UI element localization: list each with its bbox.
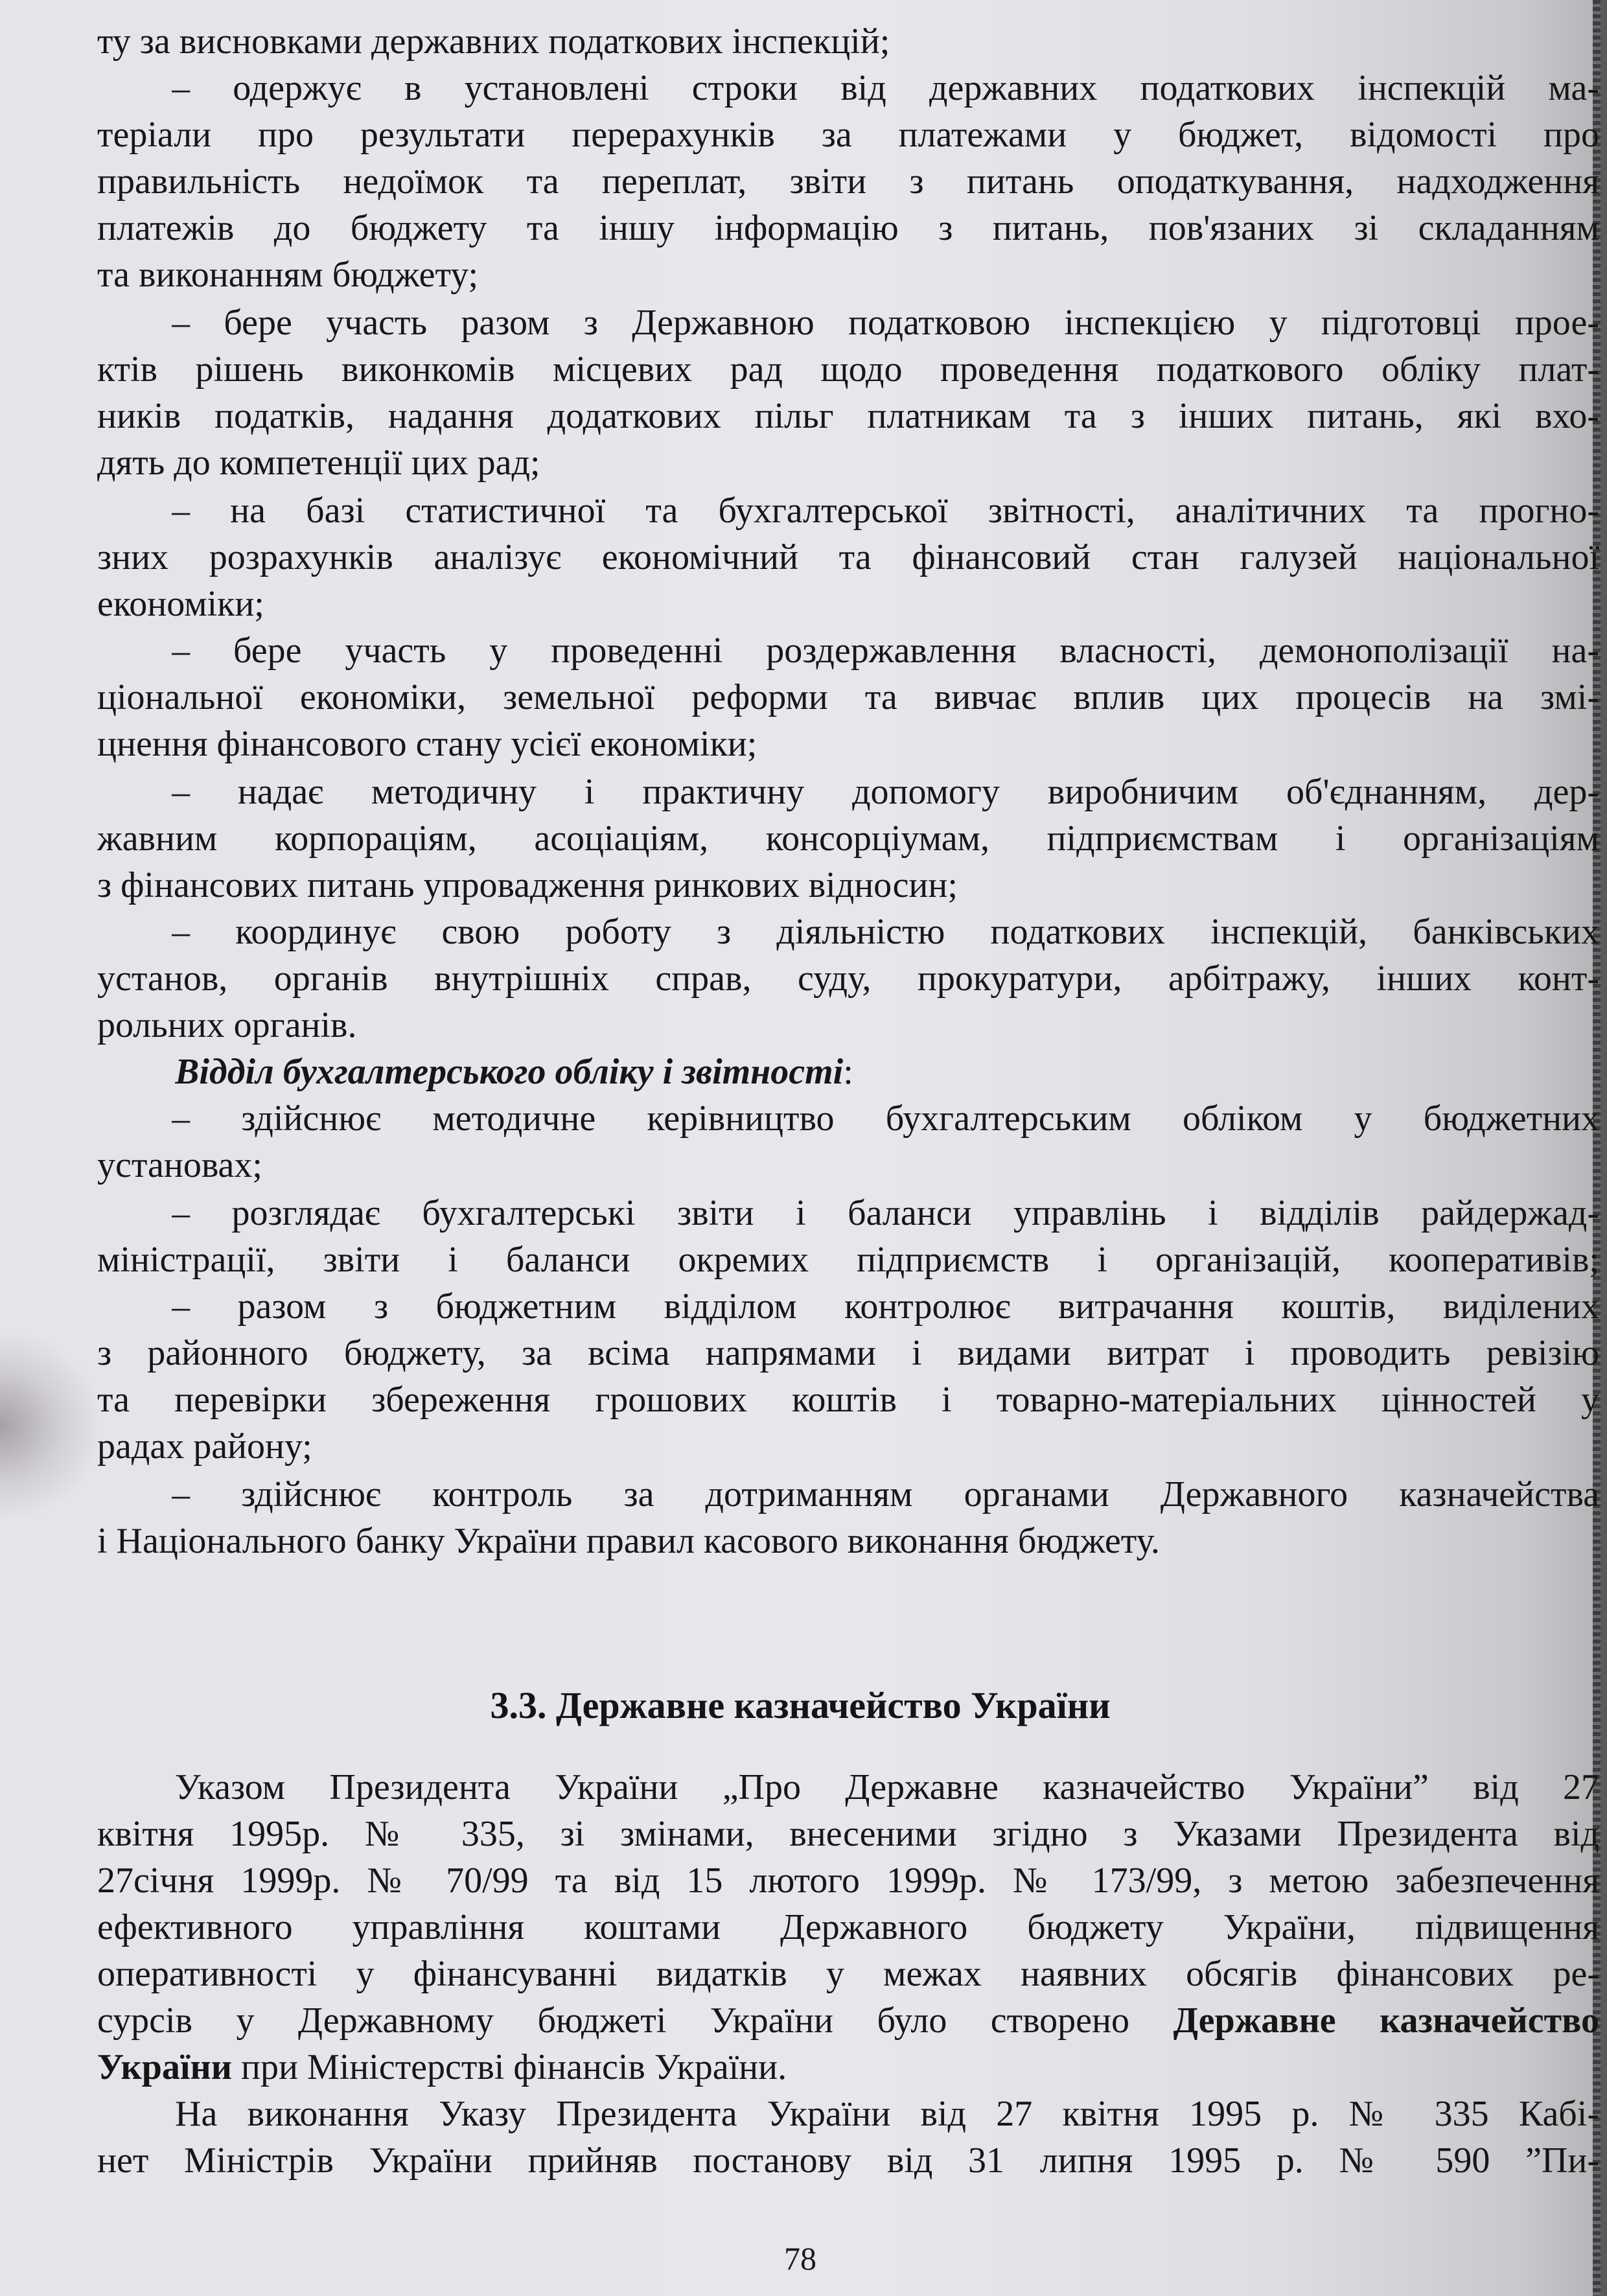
- text-line: міністрації, звіти і баланси окремих під…: [97, 1236, 1599, 1283]
- text-line: правильність недоїмок та переплат, звіти…: [97, 158, 1599, 205]
- text-line: цнення фінансового стану усієї економіки…: [97, 721, 1599, 767]
- text-line: ту за висновками державних податкових ін…: [97, 18, 1599, 65]
- page-number: 78: [0, 2239, 1601, 2278]
- text-line: ктів рішень виконкомів місцевих рад щодо…: [97, 346, 1599, 393]
- list-item-line: – на базі статистичної та бухгалтерської…: [172, 487, 1599, 534]
- text-line: дять до компетенції цих рад;: [97, 439, 1599, 486]
- text-line: з фінансових питань упровадження ринкови…: [97, 862, 1599, 909]
- text-line: економіки;: [97, 581, 1599, 627]
- department-title: Відділ бухгалтерського обліку і звітност…: [175, 1052, 843, 1092]
- text-line: ефективного управління коштами Державног…: [97, 1904, 1599, 1951]
- text-line: теріали про результати перерахунків за п…: [97, 111, 1599, 158]
- text-line: зних розрахунків аналізує економічний та…: [97, 534, 1599, 581]
- subsection-heading: Відділ бухгалтерського обліку і звітност…: [175, 1049, 1599, 1095]
- section-heading: 3.3. Державне казначейство України: [0, 1682, 1601, 1729]
- bold-term: України: [97, 2047, 232, 2087]
- text-line: установах;: [97, 1142, 1599, 1189]
- list-item-line: – здійснює контроль за дотриманням орган…: [172, 1471, 1599, 1518]
- text-line: сурсів у Державному бюджеті України було…: [97, 1997, 1599, 2044]
- text-line: нет Міністрів України прийняв постанову …: [97, 2137, 1599, 2184]
- list-item-line: – одержує в установлені строки від держа…: [172, 65, 1599, 111]
- text-line: квітня 1995р. № 335, зі змінами, внесени…: [97, 1811, 1599, 1857]
- list-item-line: – здійснює методичне керівництво бухгалт…: [172, 1095, 1599, 1142]
- text-line: На виконання Указу Президента України ві…: [175, 2091, 1599, 2137]
- text-line: та перевірки збереження грошових коштів …: [97, 1376, 1599, 1423]
- list-item-line: – бере участь у проведенні роздержавленн…: [172, 627, 1599, 674]
- text-line: і Національного банку України правил кас…: [97, 1518, 1599, 1564]
- text-line: радах району;: [97, 1423, 1599, 1470]
- list-item-line: – координує свою роботу з діяльністю под…: [172, 909, 1599, 955]
- text-line: оперативності у фінансуванні видатків у …: [97, 1951, 1599, 1997]
- document-page: ту за висновками державних податкових ін…: [0, 0, 1601, 2296]
- text-line: рольних органів.: [97, 1002, 1599, 1049]
- list-item-line: – разом з бюджетним відділом контролює в…: [172, 1283, 1599, 1330]
- bold-term: Державне казначейство: [1173, 2000, 1599, 2041]
- text-line: та виконанням бюджету;: [97, 251, 1599, 298]
- text-line: Указом Президента України „Про Державне …: [175, 1764, 1599, 1811]
- list-item-line: – розглядає бухгалтерські звіти і баланс…: [172, 1190, 1599, 1236]
- text-line: України при Міністерстві фінансів Україн…: [97, 2044, 1599, 2091]
- text-line: платежів до бюджету та іншу інформацію з…: [97, 205, 1599, 251]
- list-item-line: – надає методичну і практичну допомогу в…: [172, 769, 1599, 815]
- text-line: ціональної економіки, земельної реформи …: [97, 674, 1599, 721]
- text-line: жавним корпораціям, асоціаціям, консорці…: [97, 815, 1599, 862]
- list-item-line: – бере участь разом з Державною податков…: [172, 299, 1599, 346]
- text-line: 27січня 1999р. № 70/99 та від 15 лютого …: [97, 1857, 1599, 1904]
- text-line: з районного бюджету, за всіма напрямами …: [97, 1330, 1599, 1376]
- text-line: установ, органів внутрішніх справ, суду,…: [97, 955, 1599, 1002]
- thumb-shadow: [0, 1335, 97, 1516]
- text-line: ників податків, надання додаткових пільг…: [97, 393, 1599, 439]
